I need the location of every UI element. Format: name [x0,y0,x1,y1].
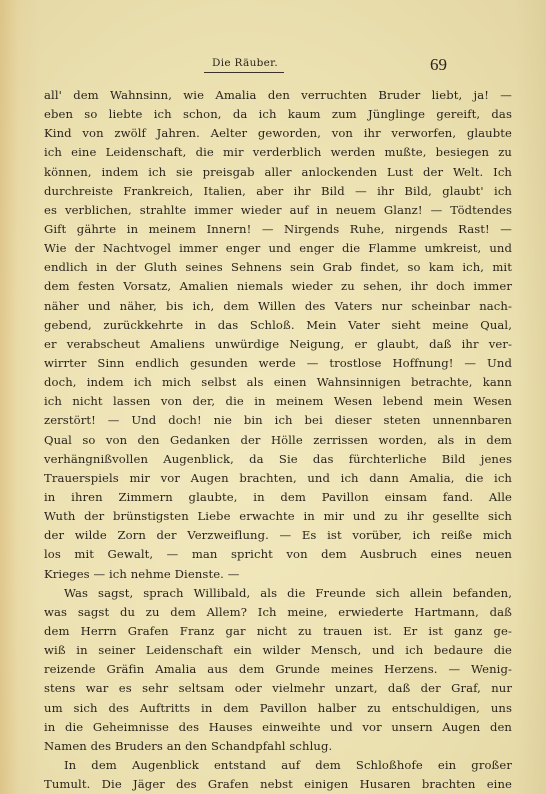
text-line: stens war es sehr seltsam oder vielmehr … [44,679,512,698]
text-line: in die Geheimnisse des Hauses einweihte … [44,718,512,737]
text-line: Qual so von den Gedanken der Hölle zerri… [44,431,512,450]
text-line: zerstört! — Und doch! nie bin ich bei di… [44,411,512,430]
text-line: Kind von zwölf Jahren. Aelter geworden, … [44,124,512,143]
text-line: Trauerspiels mir vor Augen brachten, und… [44,469,512,488]
text-line: ich eine Leidenschaft, die mir verderbli… [44,143,512,162]
text-line: dem Herrn Grafen Franz gar nicht zu trau… [44,622,512,641]
text-line: reizende Gräfin Amalia aus dem Grunde me… [44,660,512,679]
text-line: Namen des Bruders an den Schandpfahl sch… [44,737,512,756]
text-line: Tumult. Die Jäger des Grafen nebst einig… [44,775,512,794]
text-line: Krieges — ich nehme Dienste. — [44,565,512,584]
body-text: all' dem Wahnsinn, wie Amalia den verruc… [44,86,512,794]
text-line: eben so liebte ich schon, da ich kaum zu… [44,105,512,124]
text-line: Wie der Nachtvogel immer enger und enger… [44,239,512,258]
header-rule [204,72,284,73]
text-line: es verblichen, strahlte immer wieder auf… [44,201,512,220]
text-line: all' dem Wahnsinn, wie Amalia den verruc… [44,86,512,105]
book-page: Die Räuber. 69 all' dem Wahnsinn, wie Am… [0,0,546,794]
text-line: endlich in der Gluth seines Sehnens sein… [44,258,512,277]
page-number: 69 [430,55,447,75]
text-line: Gift gährte in meinem Innern! — Nirgends… [44,220,512,239]
text-line: In dem Augenblick entstand auf dem Schlo… [44,756,512,775]
text-line: wirrter Sinn endlich gesunden werde — tr… [44,354,512,373]
text-line: näher und näher, bis ich, dem Willen des… [44,297,512,316]
text-line: gebend, zurückkehrte in das Schloß. Mein… [44,316,512,335]
text-line: los mit Gewalt, — man spricht von dem Au… [44,545,512,564]
text-line: er verabscheut Amaliens unwürdige Neigun… [44,335,512,354]
text-line: verhängnißvollen Augenblick, da Sie das … [44,450,512,469]
text-line: Wuth der brünstigsten Liebe erwachte in … [44,507,512,526]
text-line: ich nicht lassen von der, die in meinem … [44,392,512,411]
text-line: in ihren Zimmern glaubte, in dem Pavillo… [44,488,512,507]
text-line: wiß in seiner Leidenschaft ein wilder Me… [44,641,512,660]
text-line: dem festen Vorsatz, Amalien niemals wied… [44,277,512,296]
text-line: um sich des Auftritts in dem Pavillon ha… [44,699,512,718]
text-line: der wilde Zorn der Verzweiflung. — Es is… [44,526,512,545]
running-title: Die Räuber. [205,57,285,69]
text-line: was sagst du zu dem Allem? Ich meine, er… [44,603,512,622]
text-line: können, indem ich sie preisgab aller anl… [44,163,512,182]
text-line: doch, indem ich mich selbst als einen Wa… [44,373,512,392]
text-line: Was sagst, sprach Willibald, als die Fre… [44,584,512,603]
text-line: durchreiste Frankreich, Italien, aber ih… [44,182,512,201]
